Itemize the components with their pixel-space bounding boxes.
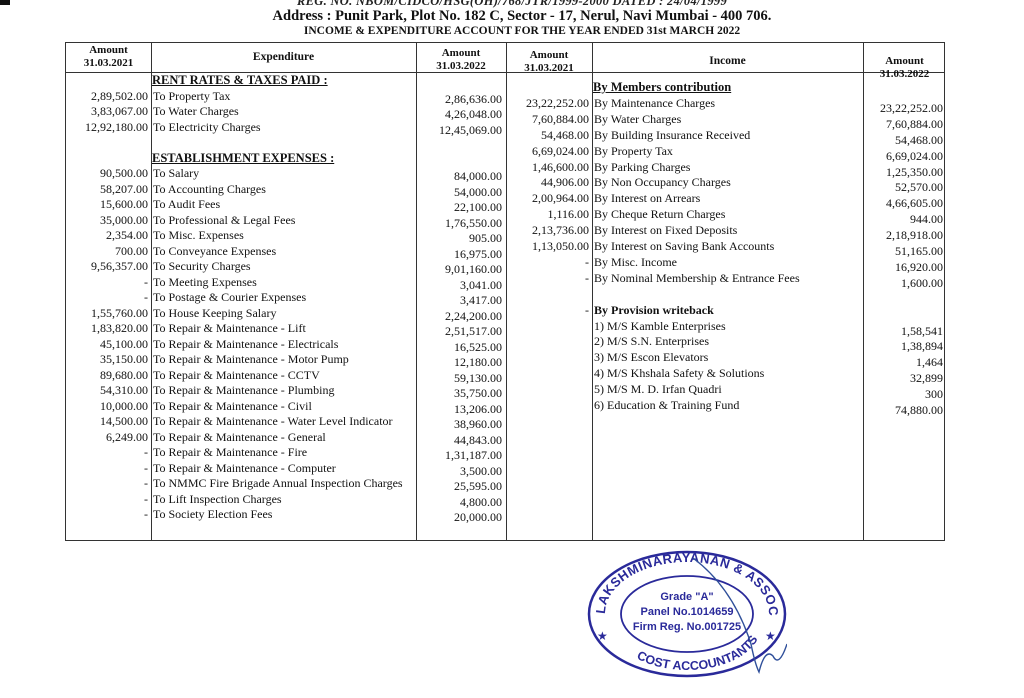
amount-curr-year: 6,69,024.00 (863, 149, 943, 163)
amount-prev-year: 54,468.00 (506, 128, 589, 142)
amount-prev-year: 35,150.00 (66, 352, 148, 366)
section-heading: By Members contribution (593, 80, 731, 94)
amount-curr-year: 4,66,605.00 (863, 196, 943, 210)
amount-prev-year: 2,89,502.00 (66, 89, 148, 103)
line-item-label: To Electricity Charges (153, 120, 261, 134)
amount-curr-year: 13,206.00 (416, 402, 502, 416)
section-heading: ESTABLISHMENT EXPENSES : (152, 151, 334, 165)
amount-curr-year: 3,417.00 (416, 293, 502, 307)
amount-curr-year: 16,525.00 (416, 340, 502, 354)
amount-curr-year: 1,600.00 (863, 276, 943, 290)
amount-curr-year: 905.00 (416, 231, 502, 245)
amount-curr-year: 1,31,187.00 (416, 448, 502, 462)
line-item-label: To Repair & Maintenance - CCTV (153, 368, 320, 382)
amount-curr-year: 44,843.00 (416, 433, 502, 447)
line-item-label: To Meeting Expenses (153, 275, 257, 289)
line-item-label: To Security Charges (153, 259, 251, 273)
amount-curr-year: 54,468.00 (863, 133, 943, 147)
amount-curr-year: 3,041.00 (416, 278, 502, 292)
line-item-label: To Repair & Maintenance - Motor Pump (153, 352, 349, 366)
amount-prev-year: 3,83,067.00 (66, 104, 148, 118)
line-item-label: To Property Tax (153, 89, 230, 103)
line-item-label: By Building Insurance Received (594, 128, 750, 142)
amount-prev-year: - (66, 445, 148, 459)
amount-prev-year: 15,600.00 (66, 197, 148, 211)
line-item-label: 3) M/S Escon Elevators (594, 350, 708, 364)
amount-curr-year: 12,45,069.00 (416, 123, 502, 137)
stamp-profession: COST ACCOUNTANTS (635, 633, 761, 673)
line-item-label: By Water Charges (594, 112, 681, 126)
amount-prev-year: 12,92,180.00 (66, 120, 148, 134)
amount-curr-year: 9,01,160.00 (416, 262, 502, 276)
amount-prev-year: 2,354.00 (66, 228, 148, 242)
amount-prev-year: 1,46,600.00 (506, 160, 589, 174)
line-item-label: To Misc. Expenses (153, 228, 244, 242)
amount-prev-year: 45,100.00 (66, 337, 148, 351)
line-item-label: By Provision writeback (594, 303, 714, 317)
col-header-line: Amount (863, 55, 946, 68)
amount-curr-year: 35,750.00 (416, 386, 502, 400)
line-item-label: By Interest on Fixed Deposits (594, 223, 737, 237)
amount-curr-year: 74,880.00 (863, 403, 943, 417)
amount-curr-year: 4,800.00 (416, 495, 502, 509)
line-item-label: To Accounting Charges (153, 182, 266, 196)
line-item-label: By Interest on Arrears (594, 191, 700, 205)
col-header-line: Amount (416, 47, 506, 60)
line-item-label: By Parking Charges (594, 160, 690, 174)
star-icon: ★ (765, 629, 776, 643)
line-item-label: 5) M/S M. D. Irfan Quadri (594, 382, 722, 396)
amount-curr-year: 944.00 (863, 212, 943, 226)
amount-prev-year: 35,000.00 (66, 213, 148, 227)
amount-prev-year: 10,000.00 (66, 399, 148, 413)
col-header-line: Amount (506, 49, 592, 62)
amount-curr-year: 84,000.00 (416, 169, 502, 183)
amount-curr-year: 1,76,550.00 (416, 216, 502, 230)
line-item-label: To Society Election Fees (153, 507, 272, 521)
col-header-line: Amount (66, 44, 151, 57)
amount-curr-year: 2,51,517.00 (416, 324, 502, 338)
line-item-label: To Lift Inspection Charges (153, 492, 282, 506)
amount-curr-year: 4,26,048.00 (416, 107, 502, 121)
amount-prev-year: 14,500.00 (66, 414, 148, 428)
amount-prev-year: - (506, 271, 589, 285)
col-header-income: Income (592, 55, 863, 68)
line-item-label: To Repair & Maintenance - General (153, 430, 326, 444)
amount-curr-year: 22,100.00 (416, 200, 502, 214)
line-item-label: By Maintenance Charges (594, 96, 715, 110)
star-icon: ★ (597, 629, 608, 643)
line-item-label: To Repair & Maintenance - Water Level In… (153, 414, 393, 428)
line-item-label: To Salary (153, 166, 199, 180)
amount-curr-year: 2,86,636.00 (416, 92, 502, 106)
col-header-expenditure: Expenditure (151, 51, 416, 64)
divider (151, 43, 152, 540)
amount-prev-year: 89,680.00 (66, 368, 148, 382)
line-item-label: To Postage & Courier Expenses (153, 290, 306, 304)
amount-curr-year: 3,500.00 (416, 464, 502, 478)
stamp-panel-no: Panel No.1014659 (641, 606, 734, 618)
amount-prev-year: 23,22,252.00 (506, 96, 589, 110)
col-header-line: 31.03.2022 (863, 68, 946, 81)
amount-prev-year: 9,56,357.00 (66, 259, 148, 273)
line-item-label: To Repair & Maintenance - Civil (153, 399, 312, 413)
amount-prev-year: - (506, 255, 589, 269)
amount-prev-year: 44,906.00 (506, 175, 589, 189)
divider (592, 43, 593, 540)
amount-curr-year: 300 (863, 387, 943, 401)
svg-text:COST ACCOUNTANTS: COST ACCOUNTANTS (635, 633, 761, 673)
line-item-label: To Water Charges (153, 104, 239, 118)
amount-prev-year: 6,69,024.00 (506, 144, 589, 158)
line-item-label: By Nominal Membership & Entrance Fees (594, 271, 800, 285)
line-item-label: To Audit Fees (153, 197, 220, 211)
col-header-exp-prev: Amount 31.03.2021 (66, 44, 151, 70)
amount-prev-year: 90,500.00 (66, 166, 148, 180)
amount-prev-year: - (66, 476, 148, 490)
col-header-line: 31.03.2022 (416, 60, 506, 73)
amount-curr-year: 54,000.00 (416, 185, 502, 199)
amount-curr-year: 1,464 (863, 355, 943, 369)
amount-prev-year: - (66, 461, 148, 475)
col-header-line: 31.03.2021 (506, 62, 592, 75)
amount-curr-year: 32,899 (863, 371, 943, 385)
line-item-label: To Repair & Maintenance - Computer (153, 461, 336, 475)
amount-prev-year: - (66, 492, 148, 506)
amount-curr-year: 12,180.00 (416, 355, 502, 369)
amount-prev-year: 1,116.00 (506, 207, 589, 221)
line-item-label: By Property Tax (594, 144, 673, 158)
amount-curr-year: 1,38,894 (863, 339, 943, 353)
amount-curr-year: 23,22,252.00 (863, 101, 943, 115)
line-item-label: To Professional & Legal Fees (153, 213, 295, 227)
amount-prev-year: 58,207.00 (66, 182, 148, 196)
stamp-firm-reg: Firm Reg. No.001725 (633, 621, 741, 633)
line-item-label: By Non Occupancy Charges (594, 175, 731, 189)
line-item-label: To Repair & Maintenance - Lift (153, 321, 306, 335)
line-item-label: By Cheque Return Charges (594, 207, 725, 221)
line-item-label: To House Keeping Salary (153, 306, 276, 320)
amount-prev-year: 2,00,964.00 (506, 191, 589, 205)
amount-curr-year: 1,58,541 (863, 324, 943, 338)
col-header-line: 31.03.2021 (66, 57, 151, 70)
col-header-inc-curr: Amount 31.03.2022 (863, 55, 946, 81)
line-item-label: To Repair & Maintenance - Fire (153, 445, 307, 459)
amount-prev-year: - (66, 290, 148, 304)
line-item-label: By Interest on Saving Bank Accounts (594, 239, 774, 253)
line-item-label: To NMMC Fire Brigade Annual Inspection C… (153, 476, 403, 490)
amount-prev-year: 1,13,050.00 (506, 239, 589, 253)
amount-prev-year: 54,310.00 (66, 383, 148, 397)
amount-prev-year: - (66, 507, 148, 521)
amount-curr-year: 51,165.00 (863, 244, 943, 258)
amount-curr-year: 2,24,200.00 (416, 309, 502, 323)
line-item-label: To Repair & Maintenance - Electricals (153, 337, 338, 351)
amount-prev-year: 1,83,820.00 (66, 321, 148, 335)
amount-prev-year: 6,249.00 (66, 430, 148, 444)
income-expenditure-table: Amount 31.03.2021 Expenditure Amount 31.… (65, 42, 945, 541)
amount-curr-year: 20,000.00 (416, 510, 502, 524)
stamp-grade: Grade "A" (660, 591, 713, 603)
section-heading: RENT RATES & TAXES PAID : (152, 73, 328, 87)
col-header-inc-prev: Amount 31.03.2021 (506, 49, 592, 75)
line-item-label: 4) M/S Khshala Safety & Solutions (594, 366, 764, 380)
line-item-label: By Misc. Income (594, 255, 677, 269)
amount-curr-year: 16,975.00 (416, 247, 502, 261)
line-item-label: 6) Education & Training Fund (594, 398, 739, 412)
statement-title: INCOME & EXPENDITURE ACCOUNT FOR THE YEA… (10, 25, 1024, 37)
amount-curr-year: 7,60,884.00 (863, 117, 943, 131)
amount-curr-year: 16,920.00 (863, 260, 943, 274)
amount-curr-year: 38,960.00 (416, 417, 502, 431)
amount-prev-year: 1,55,760.00 (66, 306, 148, 320)
amount-curr-year: 52,570.00 (863, 180, 943, 194)
society-address: Address : Punit Park, Plot No. 182 C, Se… (10, 8, 1024, 25)
col-header-exp-curr: Amount 31.03.2022 (416, 47, 506, 73)
amount-curr-year: 59,130.00 (416, 371, 502, 385)
line-item-label: 1) M/S Kamble Enterprises (594, 319, 726, 333)
amount-curr-year: 2,18,918.00 (863, 228, 943, 242)
amount-prev-year: 700.00 (66, 244, 148, 258)
auditor-stamp: LAKSHMINARAYANAN & ASSOCIATES COST ACCOU… (583, 548, 787, 680)
amount-prev-year: - (506, 303, 589, 317)
line-item-label: To Conveyance Expenses (153, 244, 276, 258)
line-item-label: 2) M/S S.N. Enterprises (594, 334, 709, 348)
amount-prev-year: 7,60,884.00 (506, 112, 589, 126)
line-item-label: To Repair & Maintenance - Plumbing (153, 383, 334, 397)
amount-prev-year: - (66, 275, 148, 289)
amount-curr-year: 25,595.00 (416, 479, 502, 493)
amount-curr-year: 1,25,350.00 (863, 165, 943, 179)
amount-prev-year: 2,13,736.00 (506, 223, 589, 237)
